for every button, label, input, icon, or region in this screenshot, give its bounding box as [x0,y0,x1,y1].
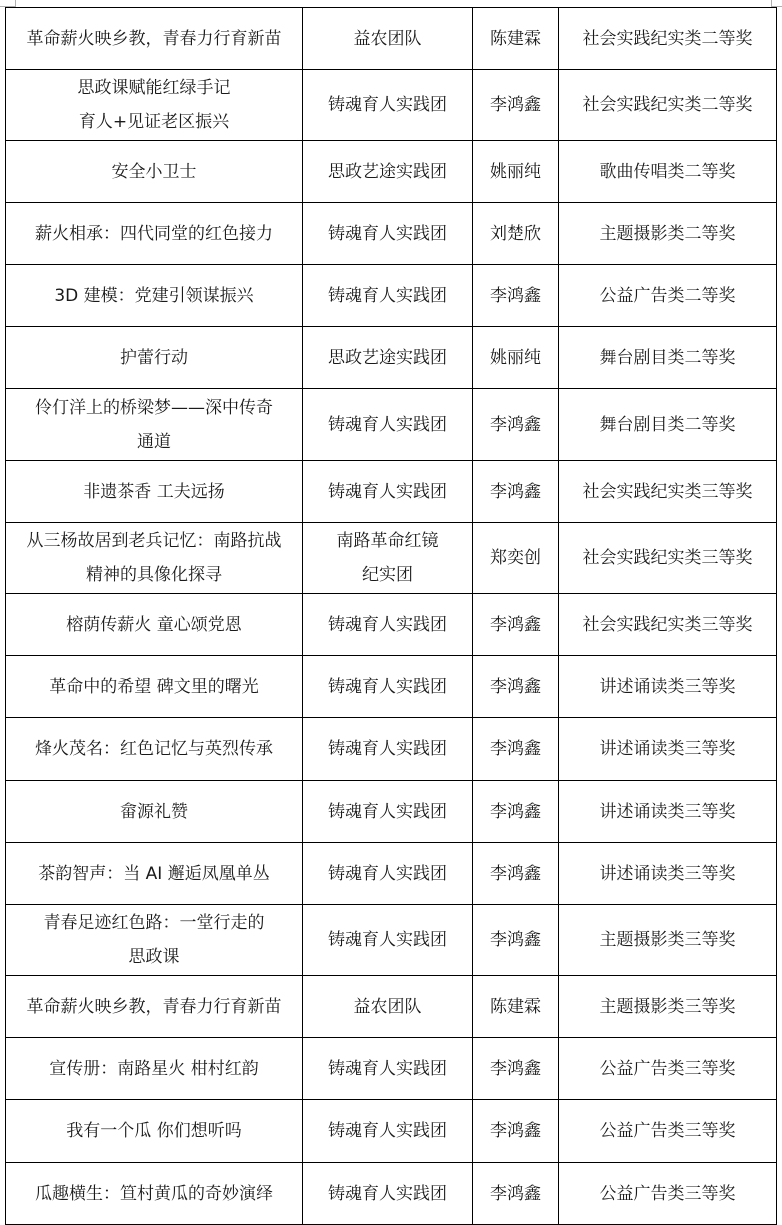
leader-cell: 李鸿鑫 [473,843,559,905]
award-cell: 社会实践纪实类三等奖 [559,461,777,523]
team-cell: 铸魂育人实践团 [303,781,473,843]
team-name-line: 铸魂育人实践团 [307,279,468,313]
leader-cell: 李鸿鑫 [473,718,559,781]
leader-cell: 李鸿鑫 [473,781,559,843]
work-title-line: 烽火茂名：红色记忆与英烈传承 [10,732,298,766]
team-name-line: 铸魂育人实践团 [307,923,468,957]
leader-cell: 李鸿鑫 [473,1100,559,1163]
award-cell: 公益广告类二等奖 [559,265,777,327]
work-title-line: 我有一个瓜 你们想听吗 [10,1114,298,1148]
table-row: 安全小卫士思政艺途实践团姚丽纯歌曲传唱类二等奖 [6,141,777,203]
award-cell: 讲述诵读类三等奖 [559,781,777,843]
leader-cell: 陈建霖 [473,976,559,1038]
table-row: 榕荫传薪火 童心颂党恩铸魂育人实践团李鸿鑫社会实践纪实类三等奖 [6,594,777,656]
leader-cell: 李鸿鑫 [473,656,559,718]
work-title-cell: 护蕾行动 [6,327,303,389]
team-name-line: 益农团队 [307,990,468,1024]
team-name-line: 铸魂育人实践团 [307,88,468,122]
table-row: 瓜趣横生：笪村黄瓜的奇妙演绎铸魂育人实践团李鸿鑫公益广告类三等奖 [6,1163,777,1225]
team-cell: 思政艺途实践团 [303,327,473,389]
award-cell: 舞台剧目类二等奖 [559,327,777,389]
team-name-line: 南路革命红镜 [307,524,468,558]
team-cell: 益农团队 [303,976,473,1038]
team-cell: 思政艺途实践团 [303,141,473,203]
team-cell: 益农团队 [303,8,473,70]
work-title-cell: 革命中的希望 碑文里的曙光 [6,656,303,718]
work-title-line: 精神的具像化探寻 [10,558,298,592]
award-cell: 主题摄影类三等奖 [559,976,777,1038]
leader-cell: 李鸿鑫 [473,389,559,461]
work-title-cell: 思政课赋能红绿手记育人+见证老区振兴 [6,70,303,141]
table-row: 思政课赋能红绿手记育人+见证老区振兴铸魂育人实践团李鸿鑫社会实践纪实类二等奖 [6,70,777,141]
work-title-line: 瓜趣横生：笪村黄瓜的奇妙演绎 [10,1177,298,1211]
award-cell: 社会实践纪实类三等奖 [559,594,777,656]
work-title-cell: 革命薪火映乡教，青春力行育新苗 [6,8,303,70]
work-title-cell: 茶韵智声：当 AI 邂逅凤凰单丛 [6,843,303,905]
work-title-line: 革命薪火映乡教，青春力行育新苗 [10,990,298,1024]
awards-table-body: 革命薪火映乡教，青春力行育新苗益农团队陈建霖社会实践纪实类二等奖思政课赋能红绿手… [6,8,777,1225]
work-title-cell: 青春足迹红色路：一堂行走的思政课 [6,905,303,976]
work-title-cell: 3D 建模：党建引领谋振兴 [6,265,303,327]
award-cell: 社会实践纪实类二等奖 [559,8,777,70]
award-cell: 主题摄影类二等奖 [559,203,777,265]
awards-table: 革命薪火映乡教，青春力行育新苗益农团队陈建霖社会实践纪实类二等奖思政课赋能红绿手… [5,7,777,1225]
table-row: 青春足迹红色路：一堂行走的思政课铸魂育人实践团李鸿鑫主题摄影类三等奖 [6,905,777,976]
work-title-line: 革命中的希望 碑文里的曙光 [10,670,298,704]
award-cell: 讲述诵读类三等奖 [559,656,777,718]
team-cell: 铸魂育人实践团 [303,389,473,461]
work-title-line: 榕荫传薪火 童心颂党恩 [10,608,298,642]
table-row: 宣传册：南路星火 柑村红韵铸魂育人实践团李鸿鑫公益广告类三等奖 [6,1038,777,1100]
work-title-cell: 畲源礼赞 [6,781,303,843]
team-cell: 铸魂育人实践团 [303,203,473,265]
award-cell: 社会实践纪实类二等奖 [559,70,777,141]
work-title-line: 非遗茶香 工夫远扬 [10,475,298,509]
award-cell: 舞台剧目类二等奖 [559,389,777,461]
leader-cell: 姚丽纯 [473,327,559,389]
team-cell: 铸魂育人实践团 [303,1038,473,1100]
work-title-line: 宣传册：南路星火 柑村红韵 [10,1052,298,1086]
team-cell: 铸魂育人实践团 [303,265,473,327]
leader-cell: 李鸿鑫 [473,905,559,976]
work-title-line: 安全小卫士 [10,155,298,189]
team-cell: 铸魂育人实践团 [303,461,473,523]
award-cell: 公益广告类三等奖 [559,1100,777,1163]
work-title-cell: 革命薪火映乡教，青春力行育新苗 [6,976,303,1038]
team-name-line: 思政艺途实践团 [307,341,468,375]
team-name-line: 铸魂育人实践团 [307,608,468,642]
work-title-cell: 榕荫传薪火 童心颂党恩 [6,594,303,656]
work-title-cell: 安全小卫士 [6,141,303,203]
leader-cell: 陈建霖 [473,8,559,70]
leader-cell: 李鸿鑫 [473,70,559,141]
team-cell: 铸魂育人实践团 [303,843,473,905]
work-title-line: 通道 [10,425,298,459]
leader-cell: 李鸿鑫 [473,461,559,523]
work-title-line: 育人+见证老区振兴 [10,105,298,139]
work-title-cell: 薪火相承：四代同堂的红色接力 [6,203,303,265]
table-row: 茶韵智声：当 AI 邂逅凤凰单丛铸魂育人实践团李鸿鑫讲述诵读类三等奖 [6,843,777,905]
team-cell: 铸魂育人实践团 [303,1100,473,1163]
work-title-line: 革命薪火映乡教，青春力行育新苗 [10,22,298,56]
work-title-line: 青春足迹红色路：一堂行走的 [10,906,298,940]
team-name-line: 铸魂育人实践团 [307,732,468,766]
team-name-line: 铸魂育人实践团 [307,1114,468,1148]
award-cell: 讲述诵读类三等奖 [559,718,777,781]
work-title-cell: 宣传册：南路星火 柑村红韵 [6,1038,303,1100]
leader-cell: 李鸿鑫 [473,594,559,656]
leader-cell: 李鸿鑫 [473,1038,559,1100]
team-name-line: 铸魂育人实践团 [307,795,468,829]
award-cell: 社会实践纪实类三等奖 [559,523,777,594]
work-title-line: 薪火相承：四代同堂的红色接力 [10,217,298,251]
table-row: 3D 建模：党建引领谋振兴铸魂育人实践团李鸿鑫公益广告类二等奖 [6,265,777,327]
leader-cell: 李鸿鑫 [473,265,559,327]
work-title-cell: 非遗茶香 工夫远扬 [6,461,303,523]
work-title-cell: 烽火茂名：红色记忆与英烈传承 [6,718,303,781]
leader-cell: 李鸿鑫 [473,1163,559,1225]
work-title-line: 思政课赋能红绿手记 [10,71,298,105]
team-name-line: 铸魂育人实践团 [307,217,468,251]
team-cell: 铸魂育人实践团 [303,656,473,718]
work-title-line: 思政课 [10,940,298,974]
award-cell: 公益广告类三等奖 [559,1038,777,1100]
award-cell: 公益广告类三等奖 [559,1163,777,1225]
work-title-line: 3D 建模：党建引领谋振兴 [10,279,298,313]
page-margin-mark-top-left [0,0,16,7]
work-title-line: 畲源礼赞 [10,795,298,829]
award-cell: 歌曲传唱类二等奖 [559,141,777,203]
table-row: 薪火相承：四代同堂的红色接力铸魂育人实践团刘楚欣主题摄影类二等奖 [6,203,777,265]
work-title-line: 伶仃洋上的桥梁梦——深中传奇 [10,391,298,425]
team-cell: 铸魂育人实践团 [303,718,473,781]
award-cell: 主题摄影类三等奖 [559,905,777,976]
team-cell: 铸魂育人实践团 [303,905,473,976]
team-name-line: 铸魂育人实践团 [307,1052,468,1086]
table-row: 非遗茶香 工夫远扬铸魂育人实践团李鸿鑫社会实践纪实类三等奖 [6,461,777,523]
award-cell: 讲述诵读类三等奖 [559,843,777,905]
team-name-line: 益农团队 [307,22,468,56]
work-title-line: 从三杨故居到老兵记忆：南路抗战 [10,524,298,558]
leader-cell: 郑奕创 [473,523,559,594]
team-name-line: 思政艺途实践团 [307,155,468,189]
team-name-line: 铸魂育人实践团 [307,1177,468,1211]
team-cell: 南路革命红镜纪实团 [303,523,473,594]
team-name-line: 铸魂育人实践团 [307,475,468,509]
table-row: 革命薪火映乡教，青春力行育新苗益农团队陈建霖主题摄影类三等奖 [6,976,777,1038]
team-name-line: 铸魂育人实践团 [307,857,468,891]
table-row: 革命薪火映乡教，青春力行育新苗益农团队陈建霖社会实践纪实类二等奖 [6,8,777,70]
page-margin-mark-top-right [771,0,782,7]
work-title-cell: 我有一个瓜 你们想听吗 [6,1100,303,1163]
leader-cell: 姚丽纯 [473,141,559,203]
work-title-cell: 伶仃洋上的桥梁梦——深中传奇通道 [6,389,303,461]
team-cell: 铸魂育人实践团 [303,70,473,141]
team-cell: 铸魂育人实践团 [303,594,473,656]
table-row: 革命中的希望 碑文里的曙光铸魂育人实践团李鸿鑫讲述诵读类三等奖 [6,656,777,718]
table-row: 护蕾行动思政艺途实践团姚丽纯舞台剧目类二等奖 [6,327,777,389]
work-title-line: 护蕾行动 [10,341,298,375]
team-name-line: 纪实团 [307,558,468,592]
leader-cell: 刘楚欣 [473,203,559,265]
work-title-cell: 从三杨故居到老兵记忆：南路抗战精神的具像化探寻 [6,523,303,594]
team-name-line: 铸魂育人实践团 [307,670,468,704]
table-row: 从三杨故居到老兵记忆：南路抗战精神的具像化探寻南路革命红镜纪实团郑奕创社会实践纪… [6,523,777,594]
team-cell: 铸魂育人实践团 [303,1163,473,1225]
table-row: 烽火茂名：红色记忆与英烈传承铸魂育人实践团李鸿鑫讲述诵读类三等奖 [6,718,777,781]
table-row: 畲源礼赞铸魂育人实践团李鸿鑫讲述诵读类三等奖 [6,781,777,843]
work-title-line: 茶韵智声：当 AI 邂逅凤凰单丛 [10,857,298,891]
work-title-cell: 瓜趣横生：笪村黄瓜的奇妙演绎 [6,1163,303,1225]
table-row: 伶仃洋上的桥梁梦——深中传奇通道铸魂育人实践团李鸿鑫舞台剧目类二等奖 [6,389,777,461]
team-name-line: 铸魂育人实践团 [307,408,468,442]
table-row: 我有一个瓜 你们想听吗铸魂育人实践团李鸿鑫公益广告类三等奖 [6,1100,777,1163]
